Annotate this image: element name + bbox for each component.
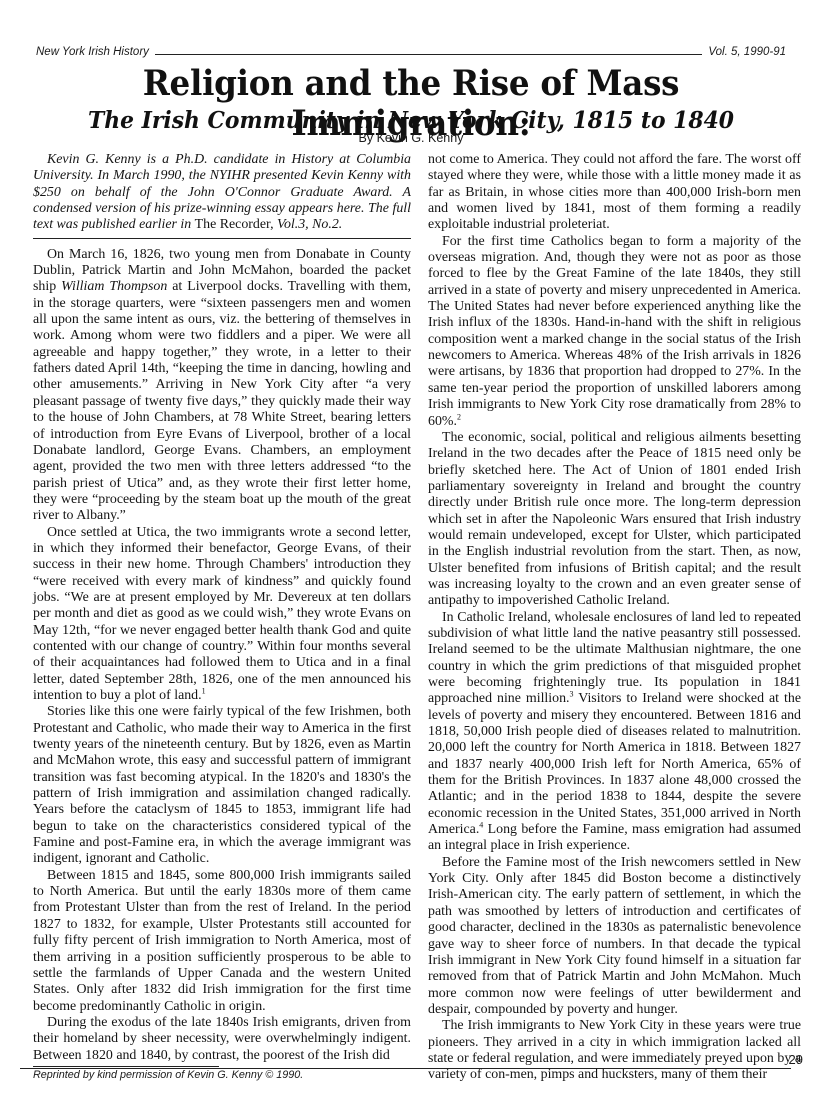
page-number: 29 <box>775 1052 803 1067</box>
footnote-marker: 1 <box>202 686 206 695</box>
ship-name: William Thompson <box>61 279 167 294</box>
running-header: New York Irish History Vol. 5, 1990-91 <box>36 42 786 58</box>
header-rule <box>155 54 703 55</box>
paragraph: In Catholic Ireland, wholesale enclosure… <box>428 610 801 855</box>
author-intro-box: Kevin G. Kenny is a Ph.D. candidate in H… <box>33 152 411 239</box>
paragraph: Before the Famine most of the Irish newc… <box>428 855 801 1018</box>
paragraph: Between 1815 and 1845, some 800,000 Iris… <box>33 868 411 1015</box>
byline: By Kevin G. Kenny <box>0 131 822 145</box>
paragraph: The Irish immigrants to New York City in… <box>428 1018 801 1083</box>
publication-name: The Recorder, <box>195 217 274 232</box>
right-column: not come to America. They could not affo… <box>428 152 801 1084</box>
left-column: Kevin G. Kenny is a Ph.D. candidate in H… <box>33 152 411 1083</box>
paragraph: not come to America. They could not affo… <box>428 152 801 234</box>
footer-rule <box>20 1068 791 1069</box>
footnote-marker: 2 <box>457 412 461 421</box>
paragraph: Once settled at Utica, the two immigrant… <box>33 525 411 705</box>
paragraph: On March 16, 1826, two young men from Do… <box>33 247 411 525</box>
paragraph: The economic, social, political and reli… <box>428 430 801 610</box>
volume-info: Vol. 5, 1990-91 <box>708 46 786 58</box>
article-subtitle: The Irish Community in New York City, 18… <box>29 106 793 134</box>
reprint-notice: Reprinted by kind permission of Kevin G.… <box>33 1067 411 1083</box>
paragraph: Stories like this one were fairly typica… <box>33 704 411 867</box>
paragraph: For the first time Catholics began to fo… <box>428 234 801 430</box>
paragraph: During the exodus of the late 1840s Iris… <box>33 1015 411 1064</box>
journal-name: New York Irish History <box>36 46 149 58</box>
publication-citation: Vol.3, No.2. <box>274 217 343 232</box>
